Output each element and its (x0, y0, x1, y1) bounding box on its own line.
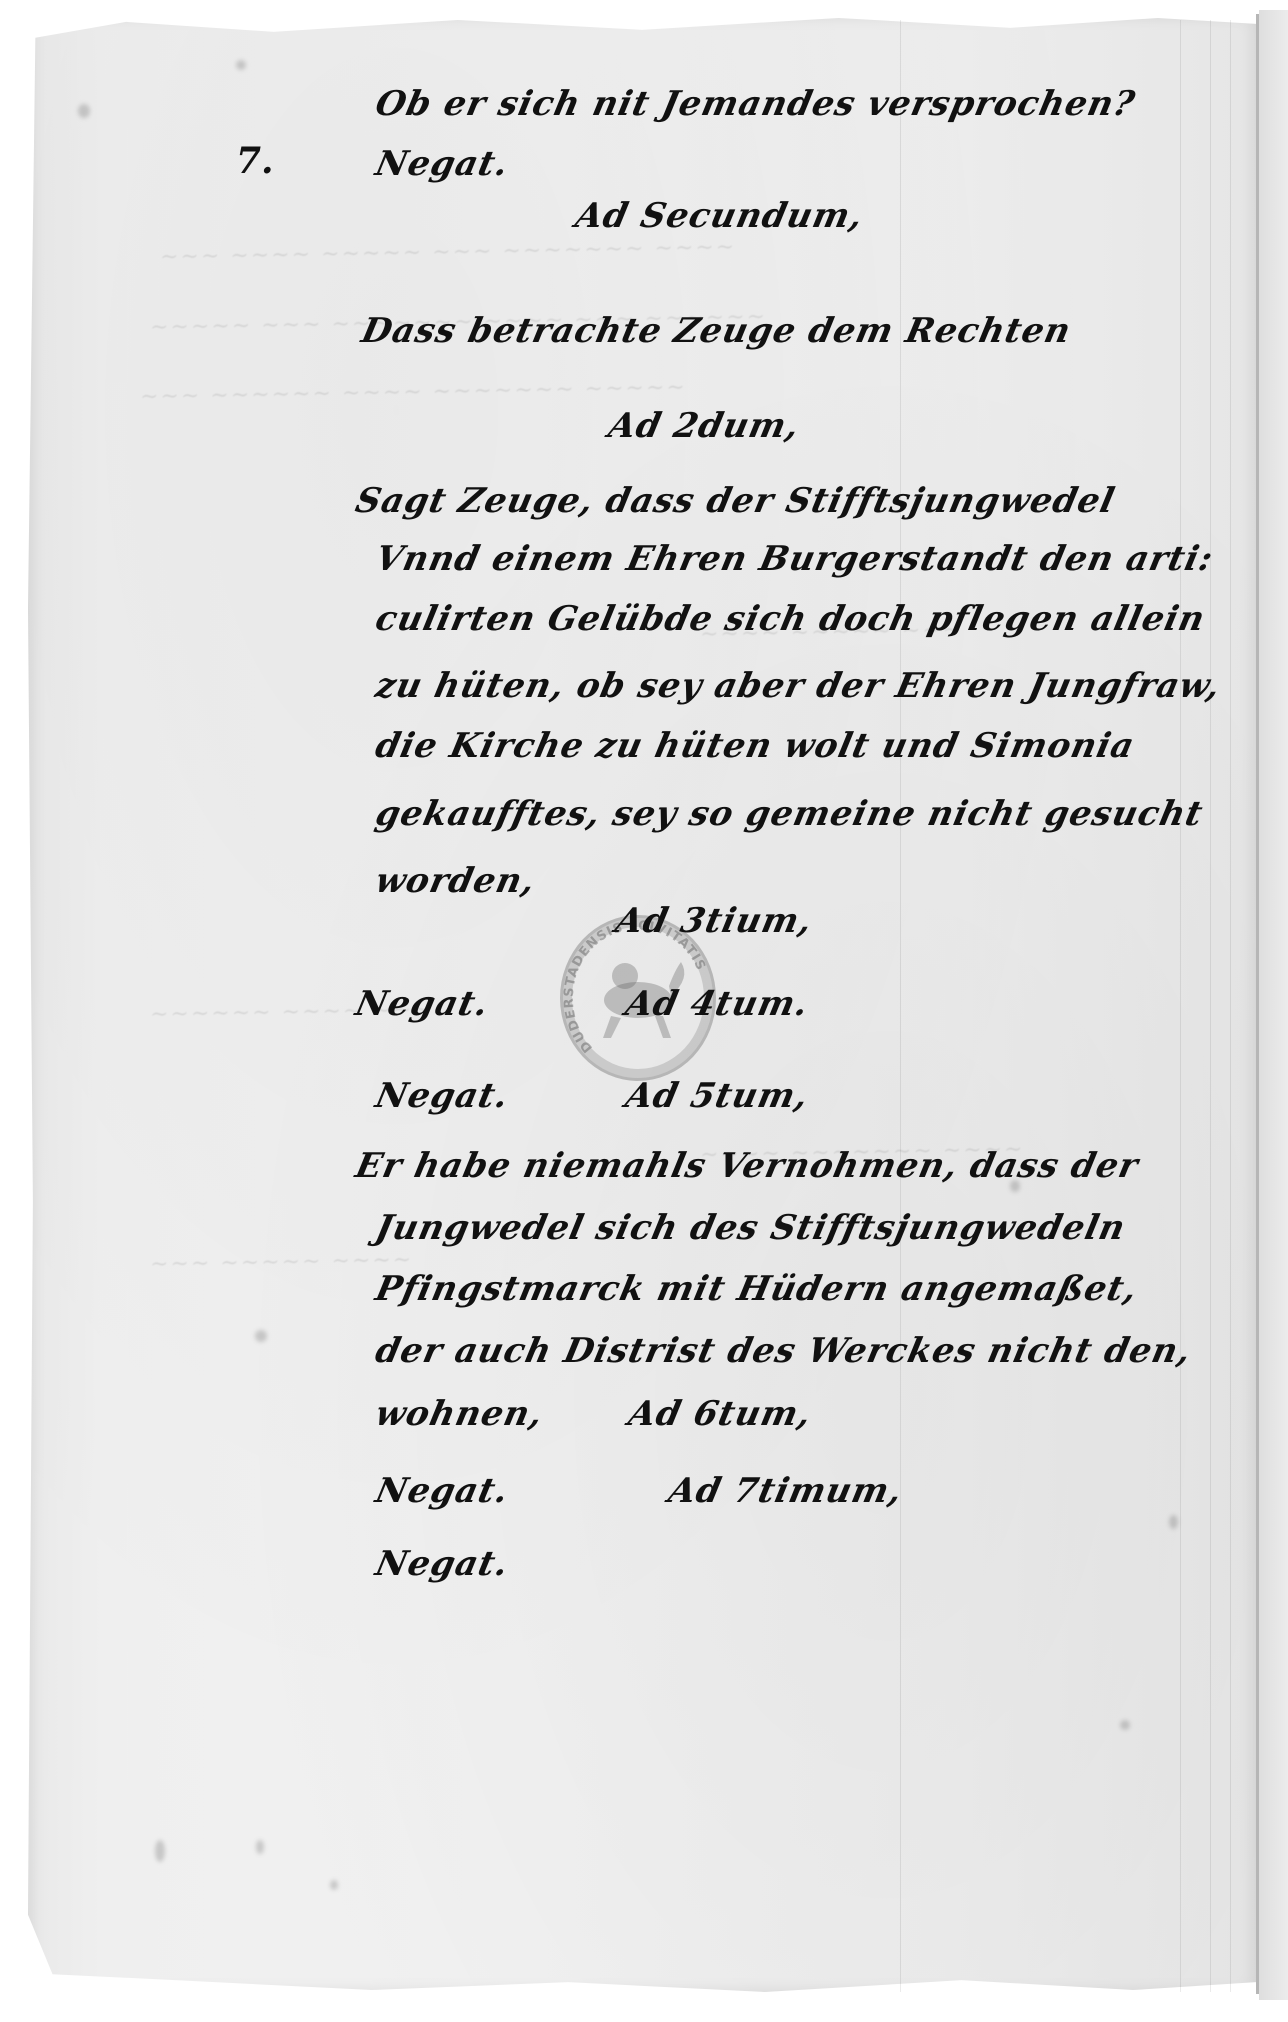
manuscript-line: culirten Gelübde sich doch pflegen allei… (372, 599, 1209, 639)
binding-edge (1256, 14, 1259, 1994)
manuscript-line: worden, (372, 861, 539, 901)
manuscript-line: Jungwedel sich des Stifftsjungwedeln (372, 1208, 1129, 1248)
manuscript-line: der auch Distrist des Werckes nicht den, (372, 1331, 1195, 1371)
manuscript-line: Ad 2dum, (605, 406, 803, 446)
foxing-spot (1169, 1515, 1178, 1529)
manuscript-line: Sagt Zeuge, dass der Stifftsjungwedel (352, 481, 1119, 521)
manuscript-line: Ad Secundum, (572, 196, 867, 236)
scanned-page: ~~~ ~~~~ ~~~~~ ~~~ ~~~~~~~ ~~~~ ~~~~~ ~~… (0, 0, 1288, 2022)
paper-fold-line (1230, 20, 1231, 1992)
manuscript-line: zu hüten, ob sey aber der Ehren Jungfraw… (372, 666, 1224, 706)
manuscript-line: Negat. (372, 1544, 513, 1584)
foxing-spot (78, 104, 90, 118)
manuscript-line: Ad 7timum, (665, 1471, 906, 1511)
adjacent-page-edge (1259, 10, 1288, 2000)
foxing-spot (256, 1840, 264, 1854)
foxing-spot (255, 1330, 267, 1342)
bleed-through-text: ~~~ ~~~~~ ~~~~ (150, 1248, 414, 1278)
manuscript-line: Negat. (372, 144, 513, 184)
manuscript-line: Vnnd einem Ehren Burgerstandt den arti: (372, 539, 1217, 579)
foxing-spot (236, 60, 246, 70)
paper-fold-line (1210, 20, 1211, 1992)
manuscript-line: Ad 5tum, (622, 1076, 812, 1116)
manuscript-line: Dass betrachte Zeuge dem Rechten (358, 311, 1075, 351)
manuscript-line: Ad 4tum. (622, 984, 812, 1024)
paper-fold-line (1180, 20, 1181, 1992)
manuscript-line: Er habe niemahls Vernohmen, dass der (352, 1146, 1142, 1186)
manuscript-line: die Kirche zu hüten wolt und Simonia (372, 726, 1138, 766)
manuscript-line: gekaufftes, sey so gemeine nicht gesucht (372, 794, 1207, 834)
manuscript-line: Negat. (372, 1076, 513, 1116)
foxing-spot (1120, 1720, 1130, 1730)
manuscript-line: wohnen, (372, 1394, 547, 1434)
manuscript-line: Ad 6tum, (625, 1394, 815, 1434)
manuscript-line: Negat. (372, 1471, 513, 1511)
manuscript-line: Ad 3tium, (612, 901, 816, 941)
foxing-spot (330, 1880, 338, 1890)
foxing-spot (155, 1840, 165, 1862)
manuscript-line: Negat. (352, 984, 493, 1024)
manuscript-line: Pfingstmarck mit Hüdern angemaßet, (372, 1269, 1141, 1309)
folio-number: 7. (236, 140, 274, 182)
manuscript-line: Ob er sich nit Jemandes versprochen? (372, 84, 1139, 124)
